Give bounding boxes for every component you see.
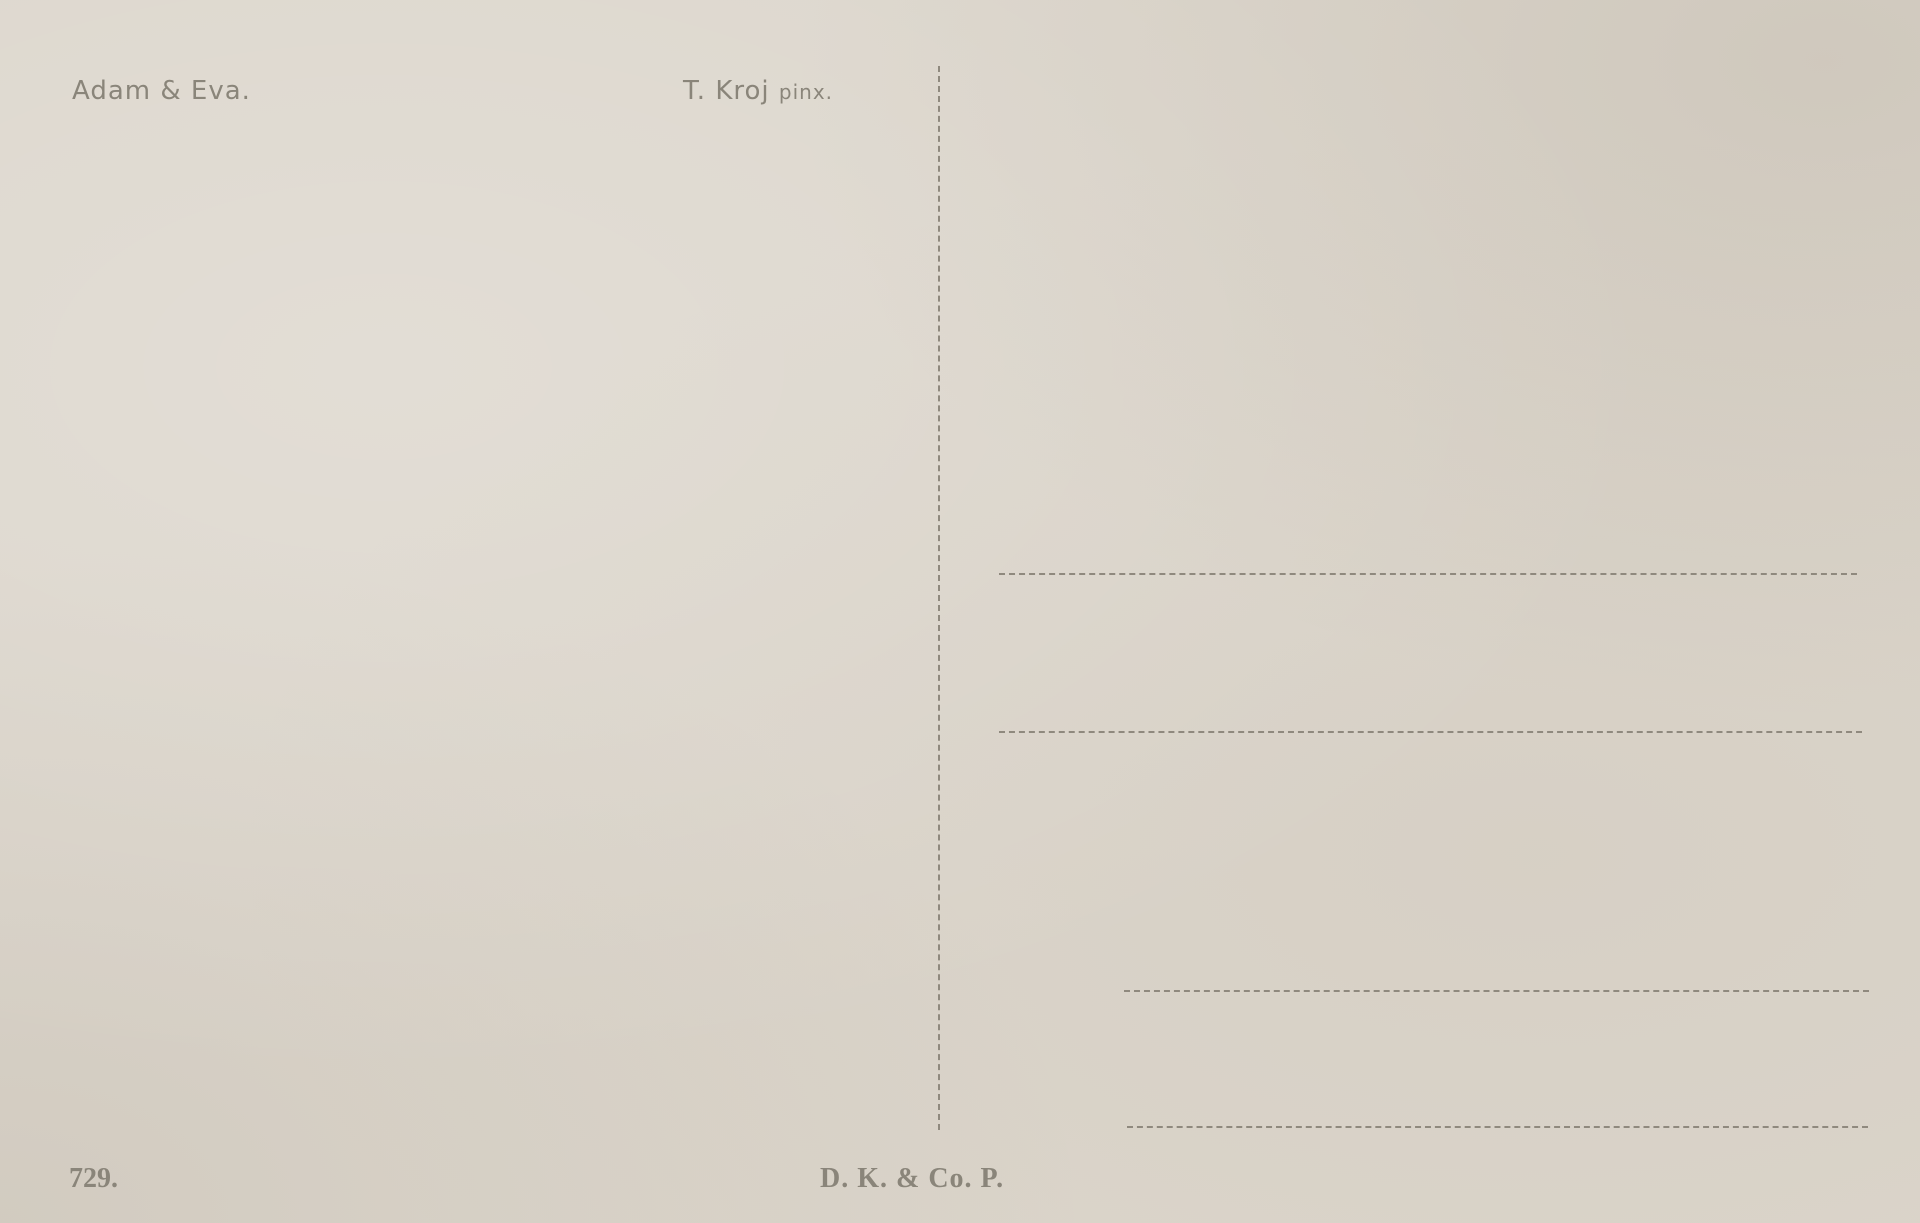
- divider-line: [938, 66, 940, 1130]
- address-line-4: [1127, 1126, 1868, 1128]
- address-line-1: [999, 573, 1857, 575]
- publisher-mark: D. K. & Co. P.: [820, 1163, 1004, 1195]
- address-line-2: [999, 731, 1862, 733]
- artist-name: T. Kroj: [683, 76, 770, 106]
- address-line-3: [1124, 990, 1869, 992]
- artist-credit: T. Kroj pinx.: [683, 76, 833, 106]
- catalog-number: 729.: [69, 1163, 118, 1195]
- card-title: Adam & Eva.: [72, 76, 251, 106]
- postcard-back: Adam & Eva. T. Kroj pinx. 729. D. K. & C…: [0, 0, 1920, 1223]
- artist-suffix: pinx.: [779, 80, 833, 104]
